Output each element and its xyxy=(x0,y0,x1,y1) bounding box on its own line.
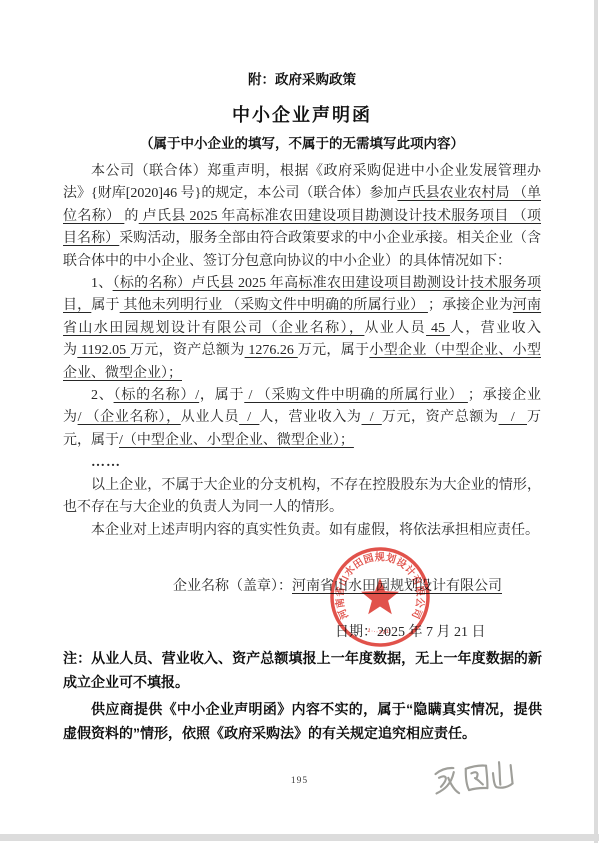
paragraph: …… xyxy=(63,452,541,474)
scan-edge-bottom xyxy=(0,834,599,841)
paragraph-text: 万元，资产总额为 xyxy=(130,343,245,358)
notes: 注：从业人员、营业收入、资产总额填报上一年度数据，无上一年度数据的新成立企业可不… xyxy=(63,647,542,745)
filled-blank: （标的名称）/ xyxy=(114,388,200,403)
paragraph-text: 属于 xyxy=(91,298,119,313)
note: 注：从业人员、营业收入、资产总额填报上一年度数据，无上一年度数据的新成立企业可不… xyxy=(63,647,542,694)
paragraph-text: 采购活动，服务全部由符合政策要求的中小企业承接。相关企业（含联合体中的中小企业、… xyxy=(63,231,541,268)
handwritten-signature: 张国山 xyxy=(428,751,524,804)
paragraph-text: 从业人员 xyxy=(364,321,426,336)
filled-blank: 1192.05 xyxy=(77,343,130,358)
document-page: 附：政府采购政策 中小企业声明函 （属于中小企业的填写，不属于的无需填写此项内容… xyxy=(0,0,599,843)
paragraph-text: 从业人员 xyxy=(181,410,239,425)
filled-blank: 1276.26 xyxy=(245,343,298,358)
paragraph: 1、（标的名称）卢氏县 2025 年高标准农田建设项目勘测设计技术服务项目，属于… xyxy=(63,273,541,385)
paragraph-text: ；承接企业为 xyxy=(428,298,513,313)
note: 供应商提供《中小企业声明函》内容不实的，属于“隐瞒真实情况，提供虚假资料的”情形… xyxy=(63,698,542,745)
paragraph-text: 1、 xyxy=(91,276,113,291)
filled-blank: / （企业名称）， xyxy=(78,410,181,425)
filled-blank: / xyxy=(499,410,527,425)
page-title: 中小企业声明函 xyxy=(63,103,541,127)
page-subtitle: （属于中小企业的填写，不属于的无需填写此项内容） xyxy=(63,134,541,154)
paragraph-text: 万元，资产总额为 xyxy=(382,410,499,425)
paragraph-text: 的 xyxy=(124,209,138,224)
paragraphs: 本公司（联合体）郑重声明，根据《政府采购促进中小企业发展管理办法》{财库[202… xyxy=(63,161,541,542)
scan-edge-right xyxy=(594,0,598,843)
paragraph-text: …… xyxy=(91,455,121,470)
paragraph: 本企业对上述声明内容的真实性负责。如有虚假，将依法承担相应责任。 xyxy=(63,520,541,542)
filled-blank: /（中型企业、小型企业、微型企业）； xyxy=(119,433,354,448)
company-signature-row: 企业名称（盖章）：河南省山水田园规划设计有限公司 xyxy=(173,577,502,597)
paragraph-text: 人，营业收入为 xyxy=(259,410,361,425)
filled-blank: 其他未列明行业 （采购文件中明确的所属行业） xyxy=(120,298,428,313)
paragraph: 本公司（联合体）郑重声明，根据《政府采购促进中小企业发展管理办法》{财库[202… xyxy=(63,161,541,273)
paragraph-text: ，属于 xyxy=(199,388,244,403)
filled-blank: / （采购文件中明确的所属行业） xyxy=(244,388,468,403)
paragraph-text: 2、 xyxy=(91,388,114,403)
attachment-label: 附：政府采购政策 xyxy=(63,70,541,90)
company-name: 河南省山水田园规划设计有限公司 xyxy=(292,579,502,594)
company-seal-label: 企业名称（盖章）： xyxy=(173,579,292,594)
paragraph: 以上企业，不属于大企业的分支机构，不存在控股股东为大企业的情形，也不存在与大企业… xyxy=(63,475,541,520)
date-line: 日期：2025 年 7 月 21 日 xyxy=(335,623,486,643)
paragraph-text: 本企业对上述声明内容的真实性负责。如有虚假，将依法承担相应责任。 xyxy=(91,523,539,538)
paragraph: 2、（标的名称）/，属于 / （采购文件中明确的所属行业） ；承接企业为/ （企… xyxy=(63,385,541,452)
filled-blank: 45 xyxy=(426,321,450,336)
filled-blank: / xyxy=(362,410,382,425)
document-content: 附：政府采购政策 中小企业声明函 （属于中小企业的填写，不属于的无需填写此项内容… xyxy=(63,70,541,542)
paragraph-text: 万元，属于 xyxy=(298,343,370,358)
paragraph-text: 以上企业，不属于大企业的分支机构，不存在控股股东为大企业的情形，也不存在与大企业… xyxy=(63,478,541,515)
filled-blank: / xyxy=(239,410,259,425)
